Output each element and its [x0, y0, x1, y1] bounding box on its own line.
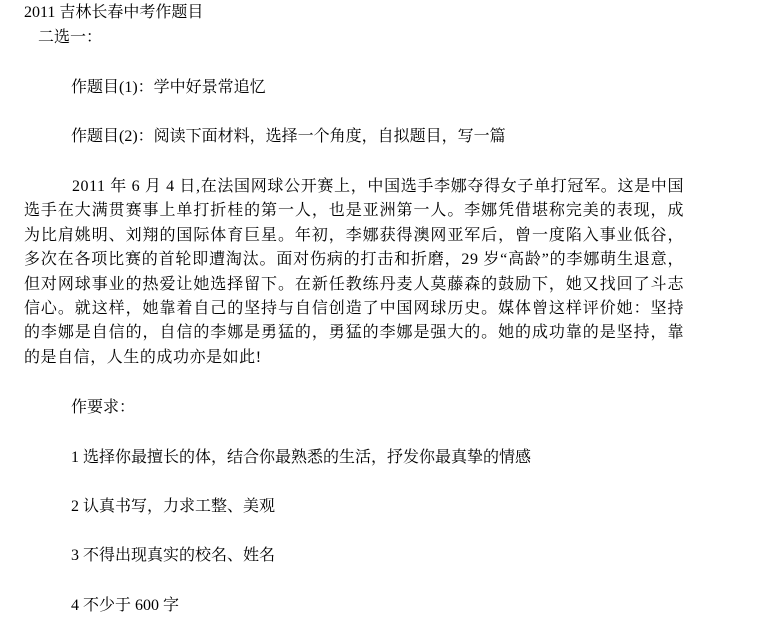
- requirement-item: 1 选择你最擅长的体，结合你最熟悉的生活，抒发你最真挚的情感: [71, 448, 531, 468]
- requirement-item: 4 不少于 600 字: [71, 596, 179, 616]
- requirements-heading: 作要求：: [71, 398, 135, 418]
- topic-1: 作题目(1)：学中好景常追忆: [71, 78, 266, 98]
- topic-2: 作题目(2)：阅读下面材料，选择一个角度，自拟题目，写一篇: [71, 127, 506, 147]
- document-title: 2011 吉林长春中考作题目: [24, 3, 203, 23]
- requirement-item: 3 不得出现真实的校名、姓名: [71, 546, 275, 566]
- choose-one-label: 二选一：: [38, 28, 102, 48]
- material-paragraph: 2011 年 6 月 4 日,在法国网球公开赛上，中国选手李娜夺得女子单打冠军。…: [24, 175, 684, 370]
- requirement-item: 2 认真书写，力求工整、美观: [71, 497, 275, 517]
